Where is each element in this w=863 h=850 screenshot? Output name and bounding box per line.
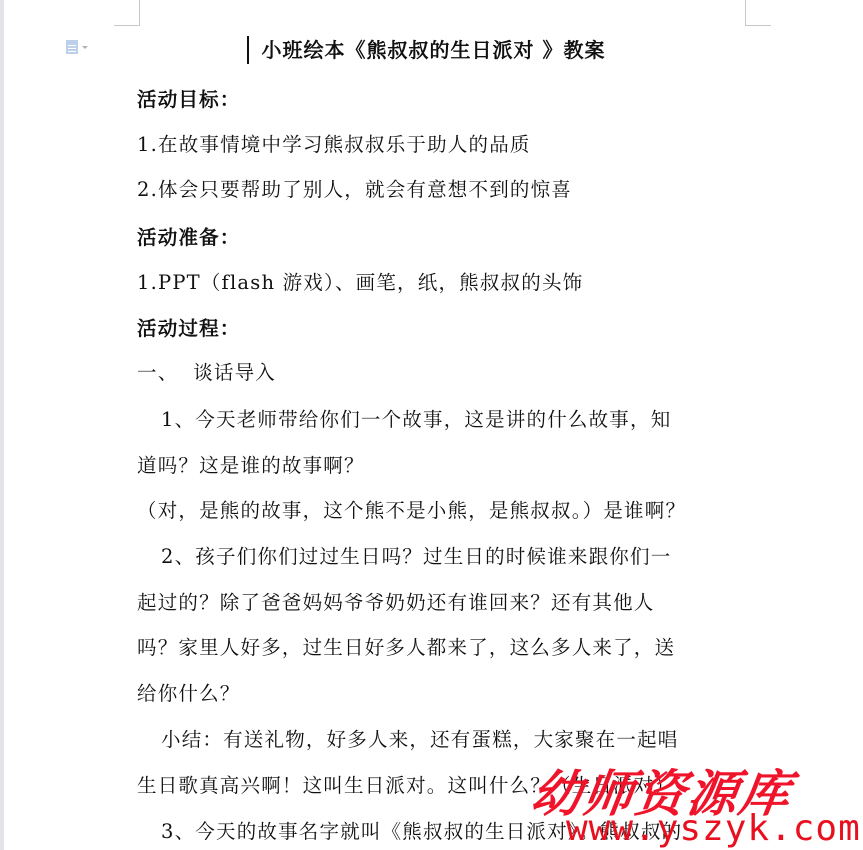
watermark-url: www.yszyk.com	[566, 808, 861, 849]
heading-process: 活动过程：	[137, 313, 241, 341]
body-line: 起过的？除了爸爸妈妈爷爷奶奶还有谁回来？还有其他人	[137, 587, 655, 615]
heading-preparation: 活动准备：	[137, 222, 241, 250]
body-line: 小结：有送礼物，好多人来，还有蛋糕，大家聚在一起唱	[161, 724, 679, 752]
margin-corner-top-right	[745, 0, 771, 26]
body-line: 道吗？这是谁的故事啊？	[137, 450, 365, 478]
body-line: 给你什么？	[137, 678, 241, 706]
body-line: （对，是熊的故事，这个熊不是小熊，是熊叔叔。）是谁啊？	[137, 495, 686, 523]
margin-corner-top-left	[114, 0, 140, 26]
text-cursor	[247, 36, 249, 64]
body-line: 1、今天老师带给你们一个故事，这是讲的什么故事，知	[161, 404, 671, 432]
body-line: 1.在故事情境中学习熊叔叔乐于助人的品质	[137, 129, 531, 157]
heading-objectives: 活动目标：	[137, 84, 241, 112]
body-line: 吗？家里人好多，过生日好多人都来了，这么多人来了，送	[137, 632, 675, 660]
body-line: 1.PPT（flash 游戏）、画笔，纸，熊叔叔的头饰	[137, 267, 583, 295]
body-line: 2.体会只要帮助了别人，就会有意想不到的惊喜	[137, 174, 572, 202]
section-heading: 一、 谈话导入	[137, 357, 276, 385]
document-page[interactable]: 小班绘本《熊叔叔的生日派对 》教案 活动目标： 1.在故事情境中学习熊叔叔乐于助…	[4, 0, 863, 850]
body-line: 2、孩子们你们过过生日吗？过生日的时候谁来跟你们一	[161, 541, 671, 569]
document-title: 小班绘本《熊叔叔的生日派对 》教案	[4, 34, 863, 63]
